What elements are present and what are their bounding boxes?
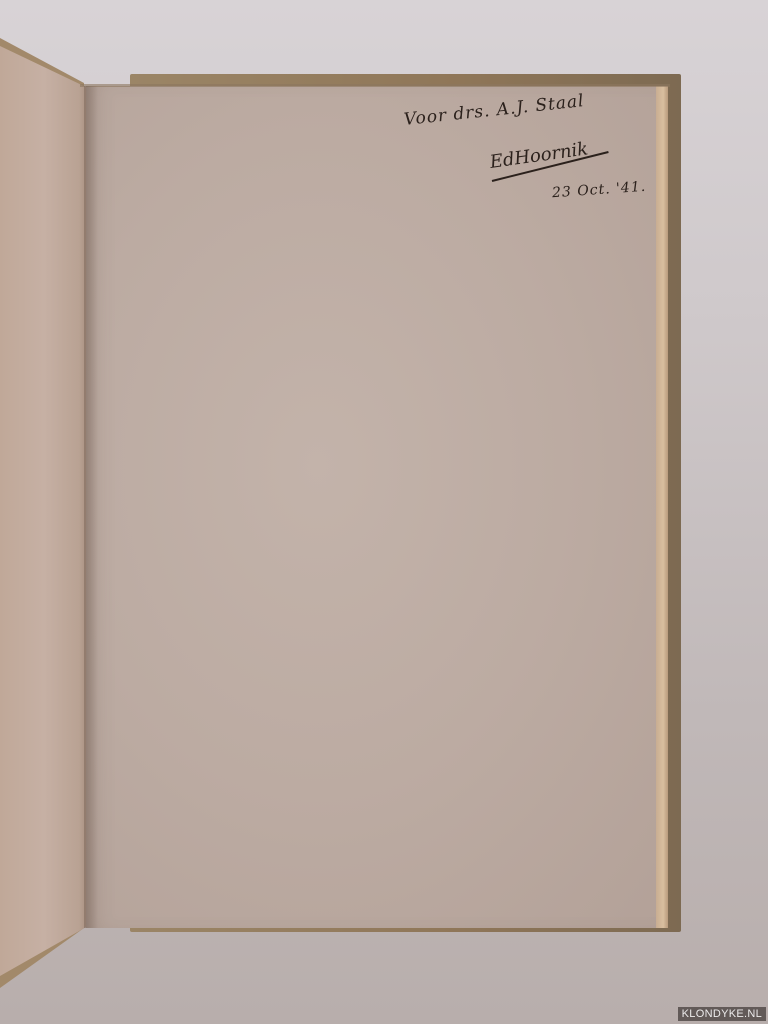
flyleaf-page <box>86 86 666 928</box>
gutter-shadow <box>84 86 98 928</box>
watermark-logo: KLONDYKE.NL <box>678 1007 766 1021</box>
handwritten-dedication: Voor drs. A.J. Staal EdHoornik 23 Oct. '… <box>404 104 644 204</box>
page-fore-edge <box>656 86 668 928</box>
dedication-date: 23 Oct. '41. <box>552 179 647 202</box>
left-page <box>0 46 88 976</box>
page-top-edge <box>80 84 670 87</box>
